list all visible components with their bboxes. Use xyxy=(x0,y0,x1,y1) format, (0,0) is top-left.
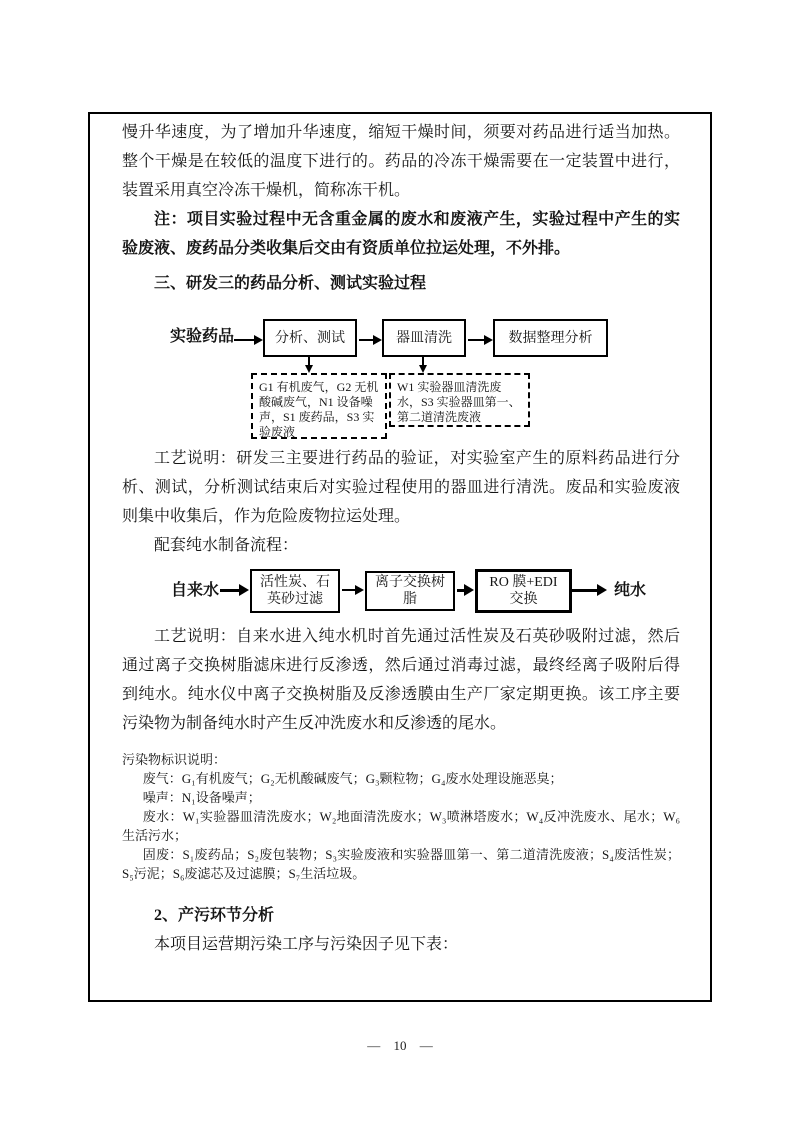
arrow-right-icon xyxy=(572,589,598,592)
arrow-right-icon xyxy=(359,339,373,341)
document-page: { "page": { "number_text": "— 10 —" }, "… xyxy=(0,0,800,1131)
legend-item-solid-waste: 固废：S₁废药品；S₂废包装物；S₃实验废液和实验器皿第一、第二道清洗废液；S₄… xyxy=(122,845,680,883)
page-border-frame: 慢升华速度，为了增加升华速度，缩短干燥时间，须要对药品进行适当加热。整个干燥是在… xyxy=(88,112,712,1002)
dashed-arrow-down-icon xyxy=(422,357,424,367)
water-flow-title: 配套纯水制备流程： xyxy=(122,531,680,560)
flowchart-analysis: 实验药品 分析、测试 器皿清洗 数据整理分析 G1 有机废气，G2 无机酸碱废气… xyxy=(122,312,680,444)
flow1-step-data-analysis: 数据整理分析 xyxy=(493,319,608,357)
legend-item-noise: 噪声：N₁设备噪声； xyxy=(122,788,680,807)
flow1-emission-note-right: W1 实验器皿清洗废水，S3 实验器皿第一、第二道清洗废液 xyxy=(389,373,530,427)
flow2-input-label: 自来水 xyxy=(171,581,219,601)
arrow-right-icon xyxy=(342,589,355,591)
paragraph-note: 注：项目实验过程中无含重金属的废水和废液产生，实验过程中产生的实验废液、废药品分… xyxy=(122,205,680,263)
paragraph-process-note-1: 工艺说明：研发三主要进行药品的验证，对实验室产生的原料药品进行分析、测试，分析测… xyxy=(122,444,680,531)
flow1-emission-note-left: G1 有机废气，G2 无机酸碱废气，N1 设备噪声，S1 废药品，S3 实验废液 xyxy=(251,373,387,439)
arrow-right-icon xyxy=(468,339,484,341)
page-number: — 10 — xyxy=(0,1038,800,1054)
flow1-input-label: 实验药品 xyxy=(170,327,234,347)
legend-item-waste-water: 废水：W₁实验器皿清洗废水；W₂地面清洗废水；W₃喷淋塔废水；W₄反冲洗废水、尾… xyxy=(122,807,680,845)
flow1-step-vessel-washing: 器皿清洗 xyxy=(382,319,466,357)
arrow-right-icon xyxy=(457,589,465,592)
arrow-right-icon xyxy=(234,339,254,341)
closing-line: 本项目运营期污染工序与污染因子见下表： xyxy=(122,930,680,959)
legend-item-waste-gas: 废气：G₁有机废气；G₂无机酸碱废气；G₃颗粒物；G₄废水处理设施恶臭； xyxy=(122,769,680,788)
flowchart-pure-water: 自来水 活性炭、石英砂过滤 离子交换树脂 RO 膜+EDI 交换 纯水 xyxy=(122,564,680,622)
paragraph-process-note-2: 工艺说明：自来水进入纯水机时首先通过活性炭及石英砂吸附过滤，然后通过离子交换树脂… xyxy=(122,622,680,738)
paragraph-freeze-drying: 慢升华速度，为了增加升华速度，缩短干燥时间，须要对药品进行适当加热。整个干燥是在… xyxy=(122,118,680,205)
flow2-step-ro-edi: RO 膜+EDI 交换 xyxy=(475,569,572,613)
dashed-arrow-down-icon xyxy=(308,357,310,367)
section-heading-3: 三、研发三的药品分析、测试实验过程 xyxy=(122,269,680,298)
pollutant-legend-title: 污染物标识说明： xyxy=(122,750,680,769)
arrow-right-icon xyxy=(220,589,240,592)
flow2-step-carbon-sand-filter: 活性炭、石英砂过滤 xyxy=(250,569,340,613)
flow1-step-analysis-test: 分析、测试 xyxy=(263,319,357,357)
flow2-output-label: 纯水 xyxy=(614,581,646,601)
pollutant-legend: 污染物标识说明： 废气：G₁有机废气；G₂无机酸碱废气；G₃颗粒物；G₄废水处理… xyxy=(122,750,680,883)
sub-heading-pollution-analysis: 2、产污环节分析 xyxy=(122,901,680,930)
flow2-step-ion-exchange-resin: 离子交换树脂 xyxy=(365,571,455,611)
